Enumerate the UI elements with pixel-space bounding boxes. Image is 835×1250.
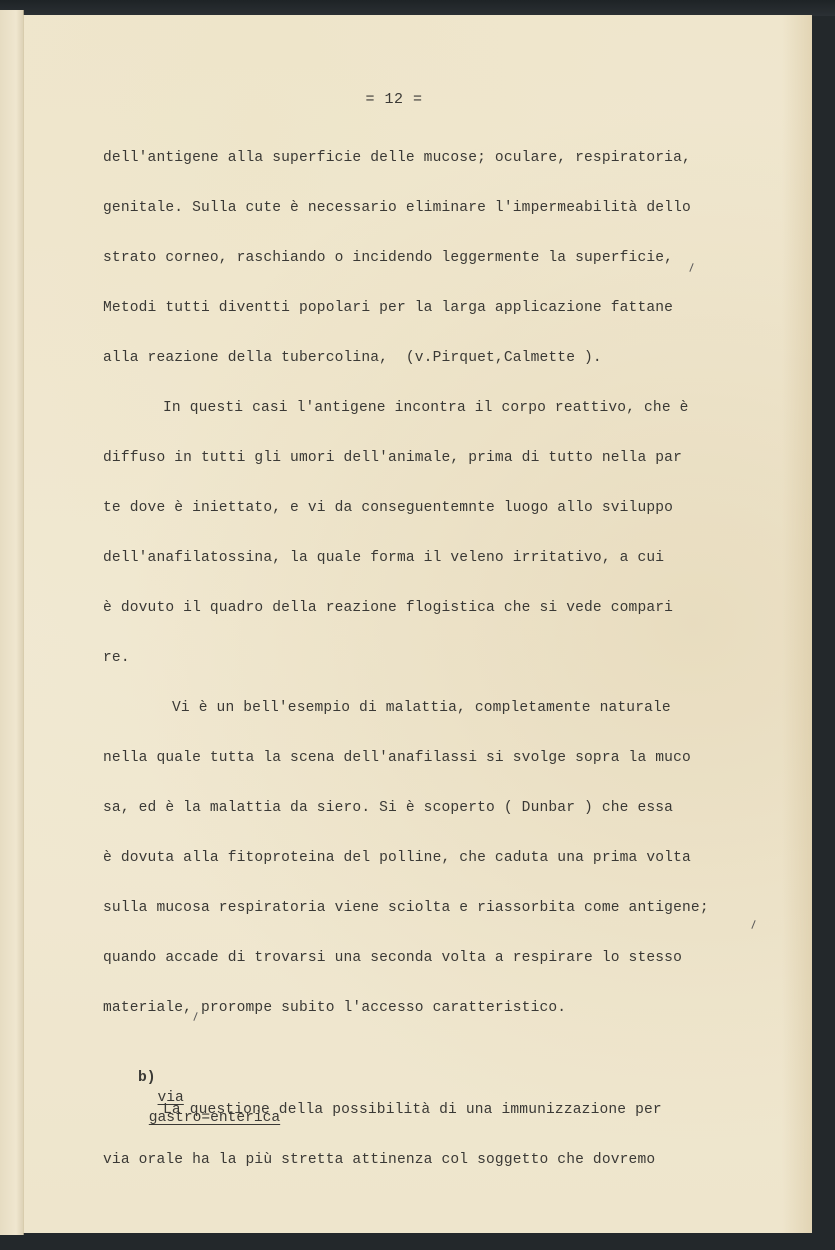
- text-line: te dove è iniettato, e vi da conseguente…: [103, 498, 673, 518]
- text-line: è dovuta alla fitoproteina del polline, …: [103, 848, 691, 868]
- text-line-content: diffuso in tutti gli umori dell'animale,…: [103, 450, 682, 466]
- text-line: quando accade di trovarsi una seconda vo…: [103, 948, 682, 968]
- text-line: nella quale tutta la scena dell'anafilas…: [103, 748, 691, 768]
- scanner-backdrop: [0, 0, 835, 16]
- text-line: genitale. Sulla cute è necessario elimin…: [103, 198, 691, 218]
- pen-mark: [689, 263, 693, 272]
- page-number: = 12 =: [23, 91, 765, 108]
- text-line: strato corneo, raschiando o incidendo le…: [103, 248, 673, 268]
- text-line: sa, ed è la malattia da siero. Si è scop…: [103, 798, 673, 818]
- pen-mark: [751, 920, 755, 929]
- text-line: dell'antigene alla superficie delle muco…: [103, 148, 691, 168]
- text-line: sulla mucosa respiratoria viene sciolta …: [103, 898, 709, 918]
- typewritten-page: = 12 = dell'antigene alla superficie del…: [23, 15, 812, 1233]
- facing-page-edge: [0, 10, 24, 1235]
- text-line: dell'anafilatossina, la quale forma il v…: [103, 548, 664, 568]
- text-line: alla reazione della tubercolina, (v.Pirq…: [103, 348, 602, 368]
- text-line: Metodi tutti diventti popolari per la la…: [103, 298, 673, 318]
- section-heading: b) via gastro=enterica: [103, 1048, 280, 1148]
- text-line: materiale, prorompe subito l'accesso car…: [103, 998, 566, 1018]
- text-line: re.: [103, 648, 130, 668]
- text-line: Vi è un bell'esempio di malattia, comple…: [172, 698, 671, 718]
- text-line: via orale ha la più stretta attinenza co…: [103, 1150, 655, 1170]
- text-line: diffuso in tutti gli umori dell'animale,…: [103, 448, 682, 468]
- section-marker: b): [138, 1070, 156, 1086]
- text-line: La questione della possibilità di una im…: [163, 1100, 662, 1120]
- text-line: è dovuto il quadro della reazione flogis…: [103, 598, 673, 618]
- text-line: In questi casi l'antigene incontra il co…: [163, 398, 689, 418]
